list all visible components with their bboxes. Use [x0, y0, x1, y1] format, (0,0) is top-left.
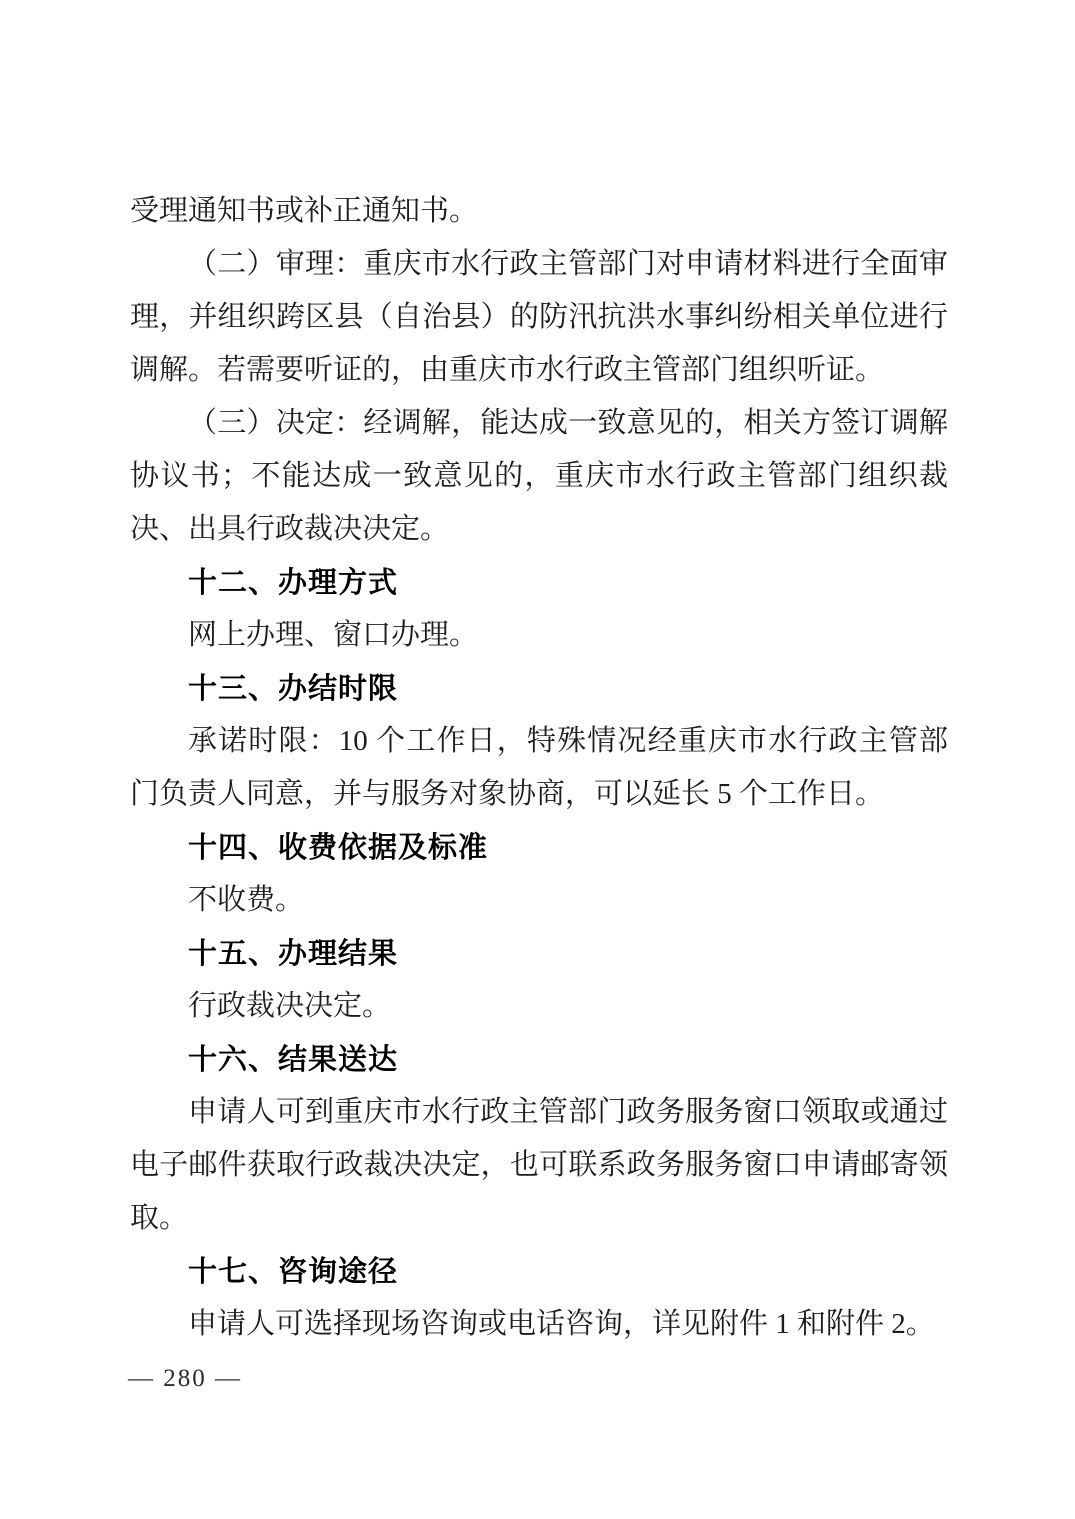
section-heading-15-result: 十五、办理结果: [130, 927, 948, 980]
section-heading-12-handling-method: 十二、办理方式: [130, 556, 948, 609]
section-heading-14-fee-basis: 十四、收费依据及标准: [130, 821, 948, 874]
paragraph-decision-step: （三）决定：经调解，能达成一致意见的，相关方签订调解协议书；不能达成一致意见的，…: [130, 397, 948, 556]
paragraph-result: 行政裁决决定。: [130, 980, 948, 1033]
paragraph-handling-method: 网上办理、窗口办理。: [130, 609, 948, 662]
paragraph-fee: 不收费。: [130, 874, 948, 927]
paragraph-time-limit: 承诺时限：10 个工作日，特殊情况经重庆市水行政主管部门负责人同意，并与服务对象…: [130, 715, 948, 821]
page-number: — 280 —: [128, 1364, 242, 1394]
section-heading-17-consultation: 十七、咨询途径: [130, 1245, 948, 1298]
document-page: 受理通知书或补正通知书。 （二）审理：重庆市水行政主管部门对申请材料进行全面审理…: [0, 0, 1075, 1519]
document-content: 受理通知书或补正通知书。 （二）审理：重庆市水行政主管部门对申请材料进行全面审理…: [130, 185, 948, 1351]
paragraph-result-delivery: 申请人可到重庆市水行政主管部门政务服务窗口领取或通过电子邮件获取行政裁决决定，也…: [130, 1086, 948, 1245]
section-heading-16-result-delivery: 十六、结果送达: [130, 1033, 948, 1086]
paragraph-continuation: 受理通知书或补正通知书。: [130, 185, 948, 238]
paragraph-consultation: 申请人可选择现场咨询或电话咨询，详见附件 1 和附件 2。: [130, 1298, 948, 1351]
section-heading-13-time-limit: 十三、办结时限: [130, 662, 948, 715]
paragraph-review-step: （二）审理：重庆市水行政主管部门对申请材料进行全面审理，并组织跨区县（自治县）的…: [130, 238, 948, 397]
